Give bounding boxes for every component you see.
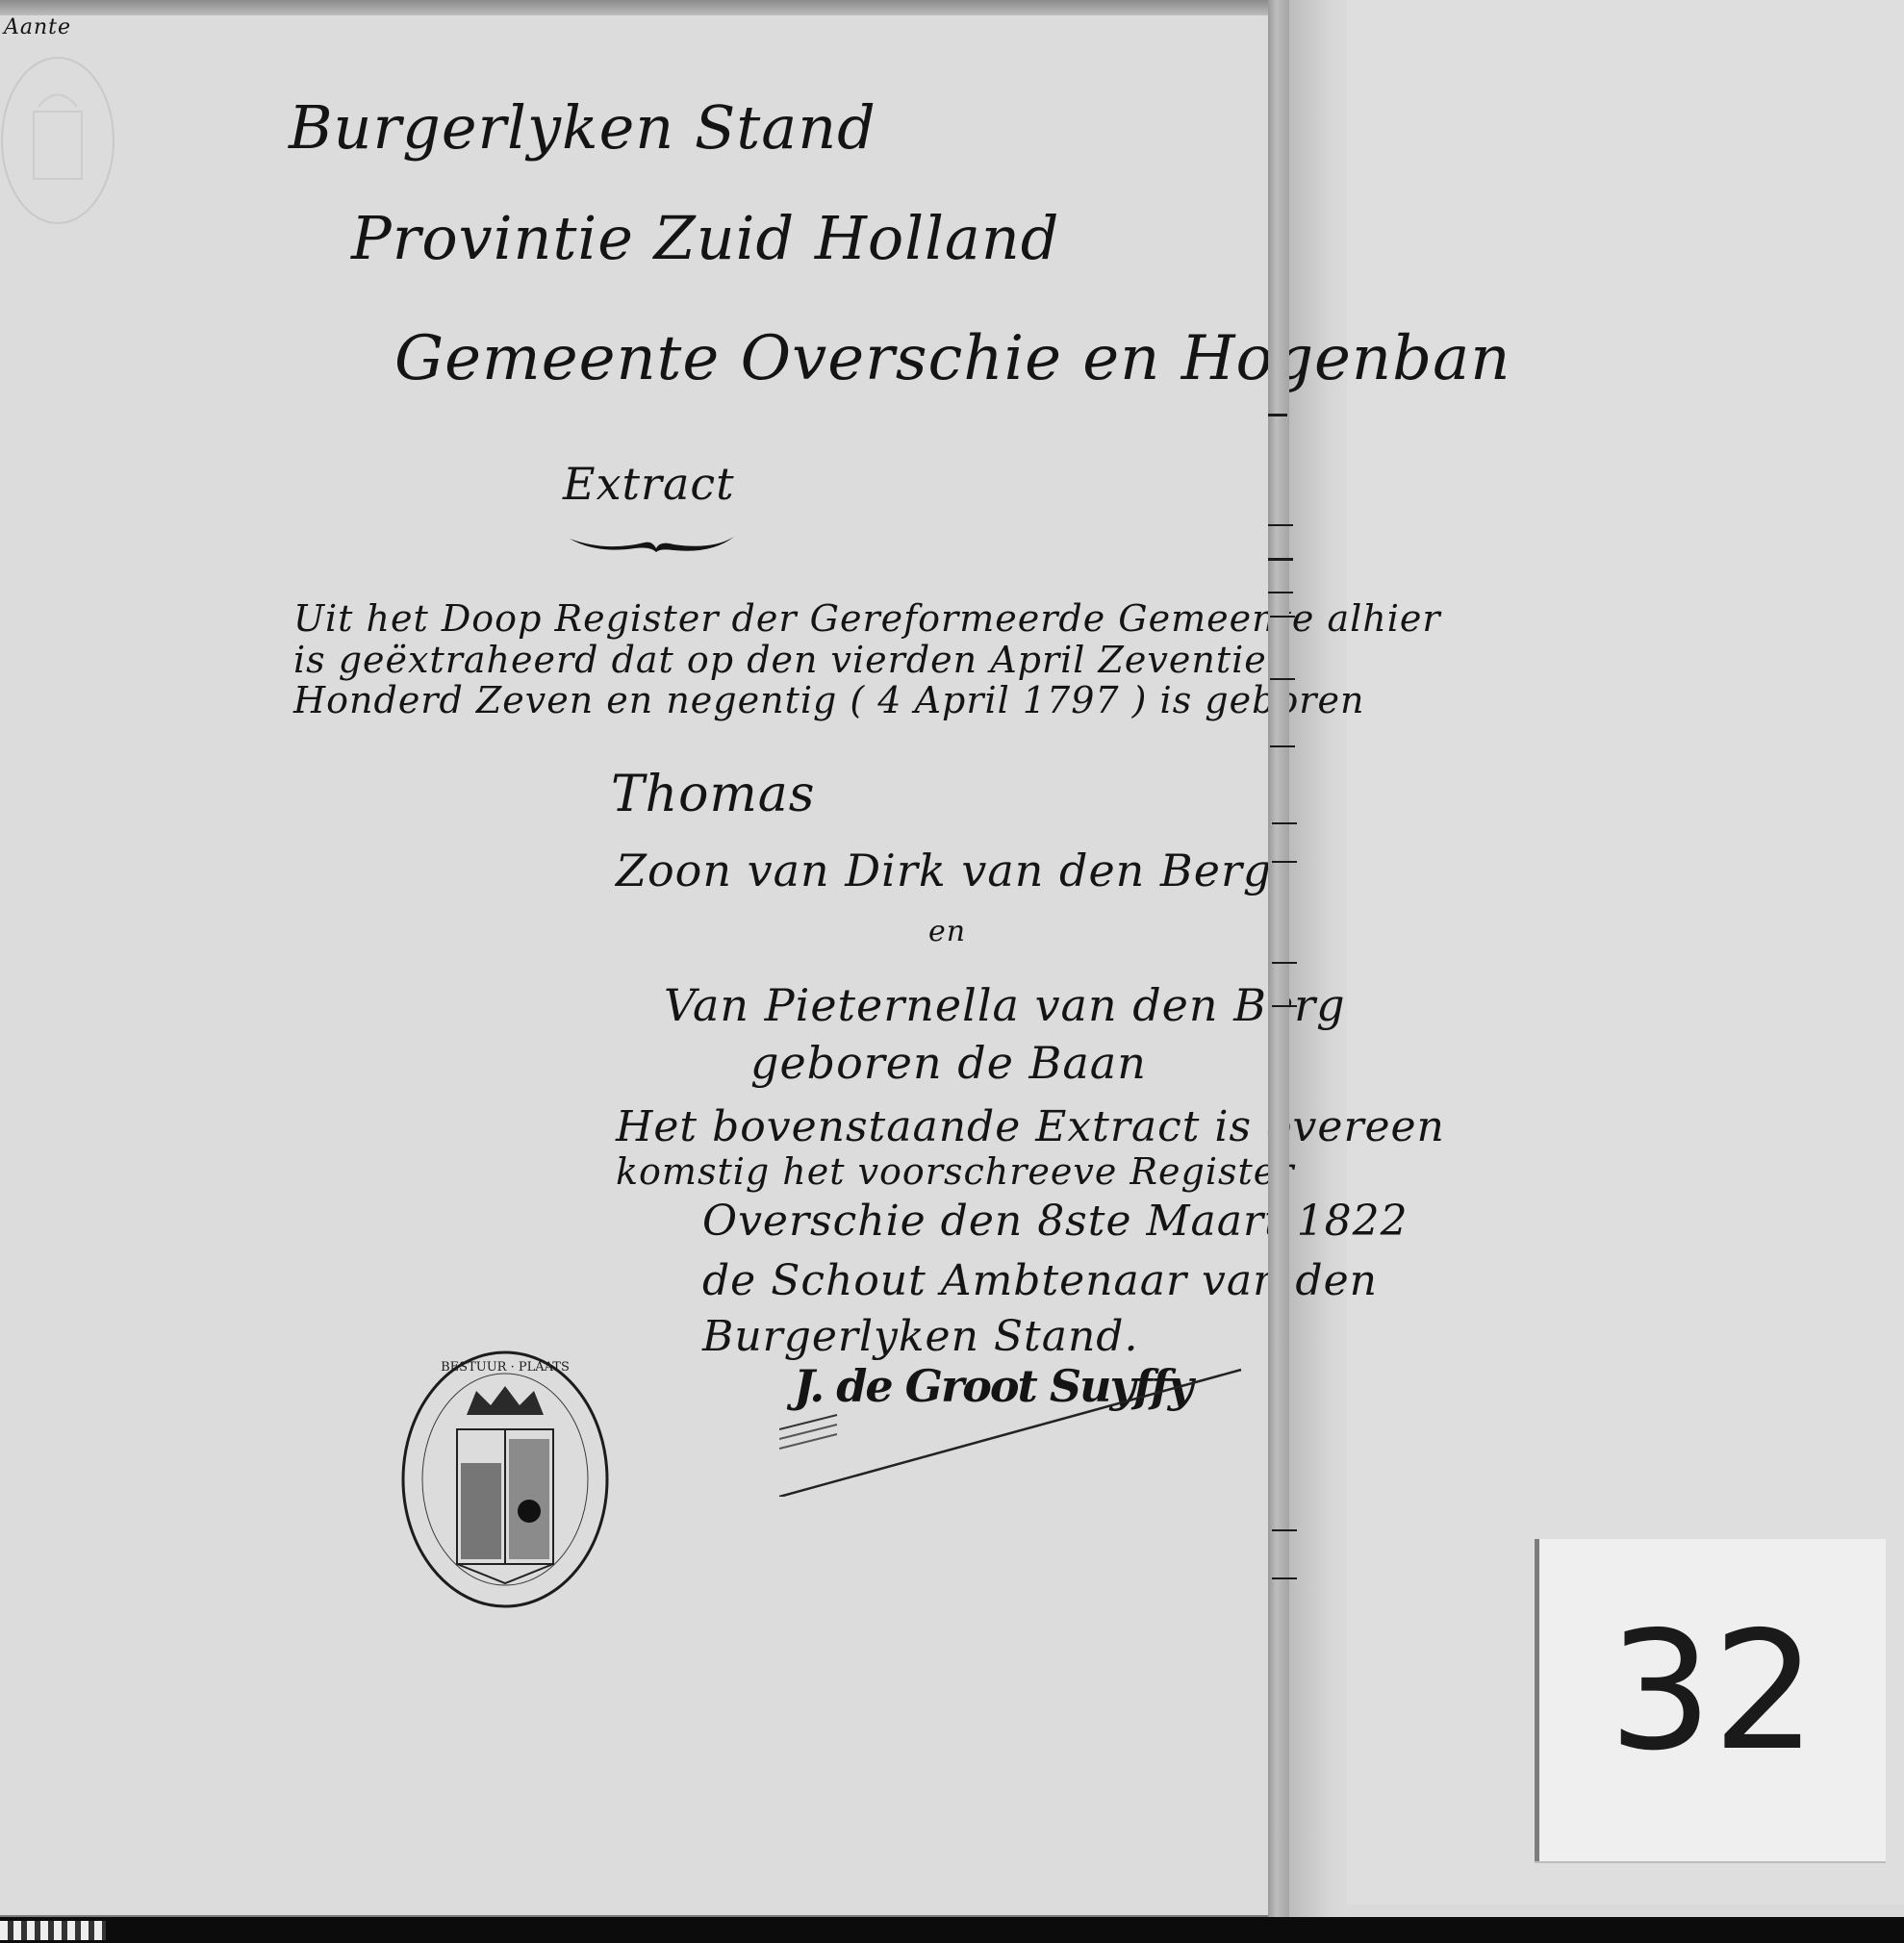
binding-mark: [1270, 616, 1295, 618]
body-line-2: is geëxtraheerd dat op den vierden April…: [293, 639, 1291, 681]
body-line-3: Honderd Zeven en negentig ( 4 April 1797…: [293, 679, 1364, 721]
municipal-seal-icon: BESTUUR · PLAATS: [399, 1348, 611, 1612]
mother-line: Van Pieternella van den Berg: [664, 979, 1346, 1031]
binding-mark: [1272, 861, 1297, 863]
mother-born-line: geboren de Baan: [750, 1037, 1147, 1089]
svg-text:BESTUUR · PLAATS: BESTUUR · PLAATS: [441, 1360, 570, 1375]
place-date: Overschie den 8ste Maart 1822: [702, 1197, 1409, 1246]
page-binding: [1268, 0, 1289, 1924]
binding-mark: [1268, 558, 1293, 561]
father-line: Zoon van Dirk van den Berg: [616, 845, 1272, 896]
header-municipality: Gemeente Overschie en Hogenban: [394, 323, 1511, 394]
binding-mark: [1272, 962, 1297, 964]
binding-mark: [1272, 822, 1297, 824]
margin-note: Aante: [4, 15, 71, 39]
binding-mark: [1272, 1529, 1297, 1531]
certification-line-2: komstig het voorschreeve Register: [616, 1150, 1294, 1193]
header-province: Provintie Zuid Holland: [351, 203, 1059, 273]
document-title: Extract: [563, 458, 735, 510]
embossed-stamp-icon: [0, 54, 125, 227]
binding-shadow: [1289, 0, 1347, 1924]
binding-mark: [1272, 1577, 1297, 1579]
official-line-2: Burgerlyken Stand.: [702, 1312, 1138, 1361]
certification-line-1: Het bovenstaande Extract is overeen: [616, 1102, 1445, 1151]
binding-mark: [1270, 745, 1295, 747]
conjunction: en: [928, 915, 966, 948]
header-civil-registry: Burgerlyken Stand: [289, 92, 876, 163]
film-edge-strip: [0, 1921, 106, 1940]
binding-mark: [1272, 1005, 1297, 1007]
document-page: Aante Burgerlyken Stand Provintie Zuid H…: [0, 15, 1280, 1918]
page-number-card: 32: [1535, 1539, 1886, 1861]
page-number: 32: [1539, 1597, 1886, 1787]
binding-mark: [1268, 524, 1293, 526]
signature-flourish-icon: [779, 1362, 1260, 1497]
scan-bottom-edge: [0, 1917, 1904, 1943]
child-name: Thomas: [611, 766, 815, 823]
title-swash-icon: [568, 531, 736, 554]
binding-mark: [1270, 678, 1295, 680]
binding-mark: [1268, 414, 1287, 416]
binding-mark: [1268, 592, 1293, 593]
